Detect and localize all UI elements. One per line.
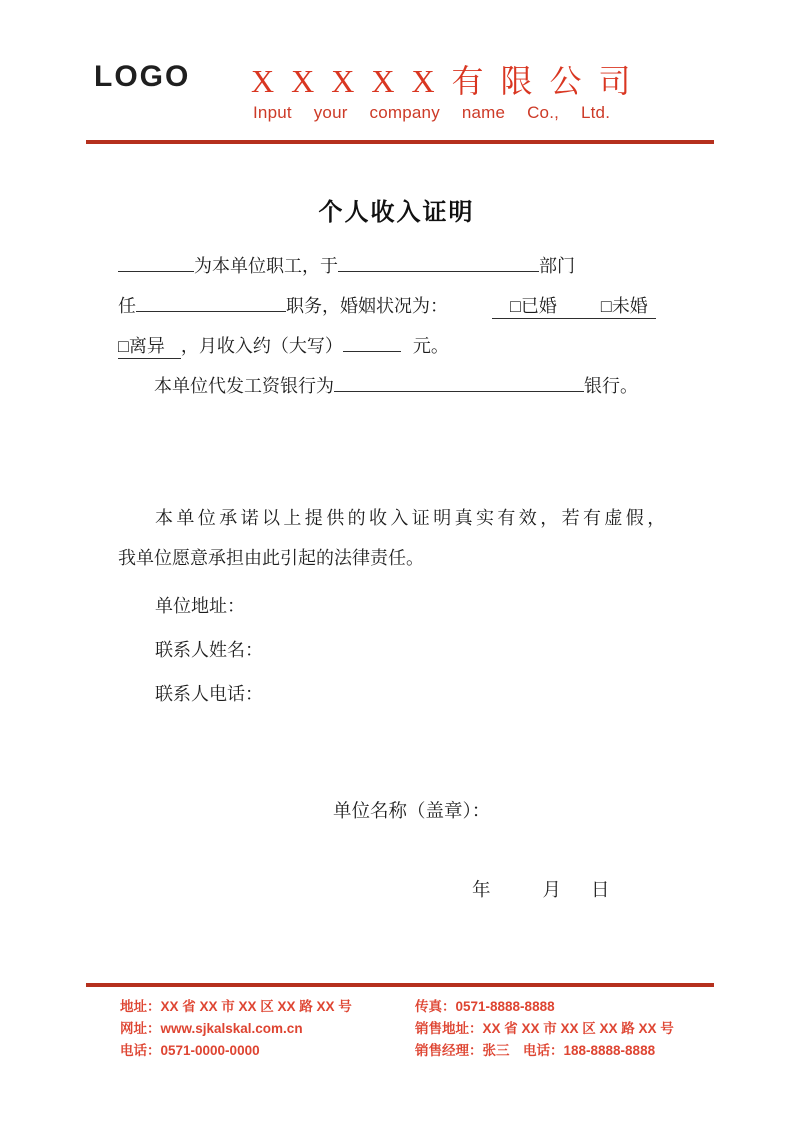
date-year-label: 年 <box>472 879 491 900</box>
p1-line-3: □离异，月收入约（大写）元。 <box>118 332 680 372</box>
p1-line3-text: ，月收入约（大写） <box>181 332 343 358</box>
declaration-line-2: 我单位愿意承担由此引起的法律责任。 <box>118 538 680 578</box>
department-blank <box>338 271 539 272</box>
p1-line-2: 任职务，婚姻状况为：□已婚□未婚 <box>118 292 680 332</box>
p1-line4-text: 本单位代发工资银行为 <box>154 372 334 398</box>
company-seal-label: 单位名称（盖章）： <box>333 797 490 823</box>
contact-info-block: 单位地址： 联系人姓名： 联系人电话： <box>118 584 680 716</box>
checkbox-married: □已婚 <box>510 292 557 318</box>
employee-name-blank <box>118 271 194 272</box>
contact-name-label: 联系人姓名： <box>118 628 680 672</box>
date-line: 年月日 <box>472 876 610 902</box>
declaration-line-1: 本单位承诺以上提供的收入证明真实有效，若有虚假， <box>118 498 680 538</box>
footer-sales-manager: 销售经理：张三 电话：188-8888-8888 <box>415 1040 674 1062</box>
contact-phone-label: 联系人电话： <box>118 672 680 716</box>
footer-fax: 传真：0571-8888-8888 <box>415 996 674 1018</box>
footer-website: 网址：www.sjkalskal.com.cn <box>120 1018 352 1040</box>
declaration-paragraph: 本单位承诺以上提供的收入证明真实有效，若有虚假， 我单位愿意承担由此引起的法律责… <box>118 498 680 578</box>
p1-line3-tail: 元。 <box>413 332 449 358</box>
header-rule <box>86 140 714 144</box>
document-page: LOGO XXXXX有限公司 Input your company name C… <box>0 0 793 1122</box>
company-address-label: 单位地址： <box>118 584 680 628</box>
p1-line2-text: 职务，婚姻状况为： <box>286 292 448 318</box>
footer-right-column: 传真：0571-8888-8888 销售地址：XX 省 XX 市 XX 区 XX… <box>415 996 674 1062</box>
company-name-cn: XXXXX有限公司 <box>251 56 648 102</box>
company-name-en: Input your company name Co., Ltd. <box>253 103 610 123</box>
checkbox-divorced-group: □离异 <box>118 332 181 359</box>
bank-name-blank <box>334 391 584 392</box>
doc-title: 个人收入证明 <box>0 192 793 227</box>
date-day-label: 日 <box>591 879 610 900</box>
p1-line-4: 本单位代发工资银行为银行。 <box>118 372 680 412</box>
intro-paragraph: 为本单位职工，于部门 任职务，婚姻状况为：□已婚□未婚 □离异，月收入约（大写）… <box>118 252 680 412</box>
income-amount-blank <box>343 351 401 352</box>
p1-line-1: 为本单位职工，于部门 <box>118 252 680 292</box>
footer-left-column: 地址：XX 省 XX 市 XX 区 XX 路 XX 号 网址：www.sjkal… <box>120 996 352 1062</box>
company-logo: LOGO <box>94 60 190 94</box>
footer-sales-address: 销售地址：XX 省 XX 市 XX 区 XX 路 XX 号 <box>415 1018 674 1040</box>
footer-rule <box>86 983 714 987</box>
p1-line2-lead: 任 <box>118 292 136 318</box>
p1-line1-text: 为本单位职工，于 <box>194 252 338 278</box>
p1-line4-tail: 银行。 <box>584 372 638 398</box>
footer-phone: 电话：0571-0000-0000 <box>120 1040 352 1062</box>
footer-address: 地址：XX 省 XX 市 XX 区 XX 路 XX 号 <box>120 996 352 1018</box>
checkbox-divorced: □离异 <box>118 332 165 358</box>
p1-line1-tail: 部门 <box>539 252 575 278</box>
date-month-label: 月 <box>543 879 562 900</box>
position-blank <box>136 311 286 312</box>
checkbox-unmarried: □未婚 <box>601 292 648 318</box>
marital-status-options: □已婚□未婚 <box>492 292 656 319</box>
